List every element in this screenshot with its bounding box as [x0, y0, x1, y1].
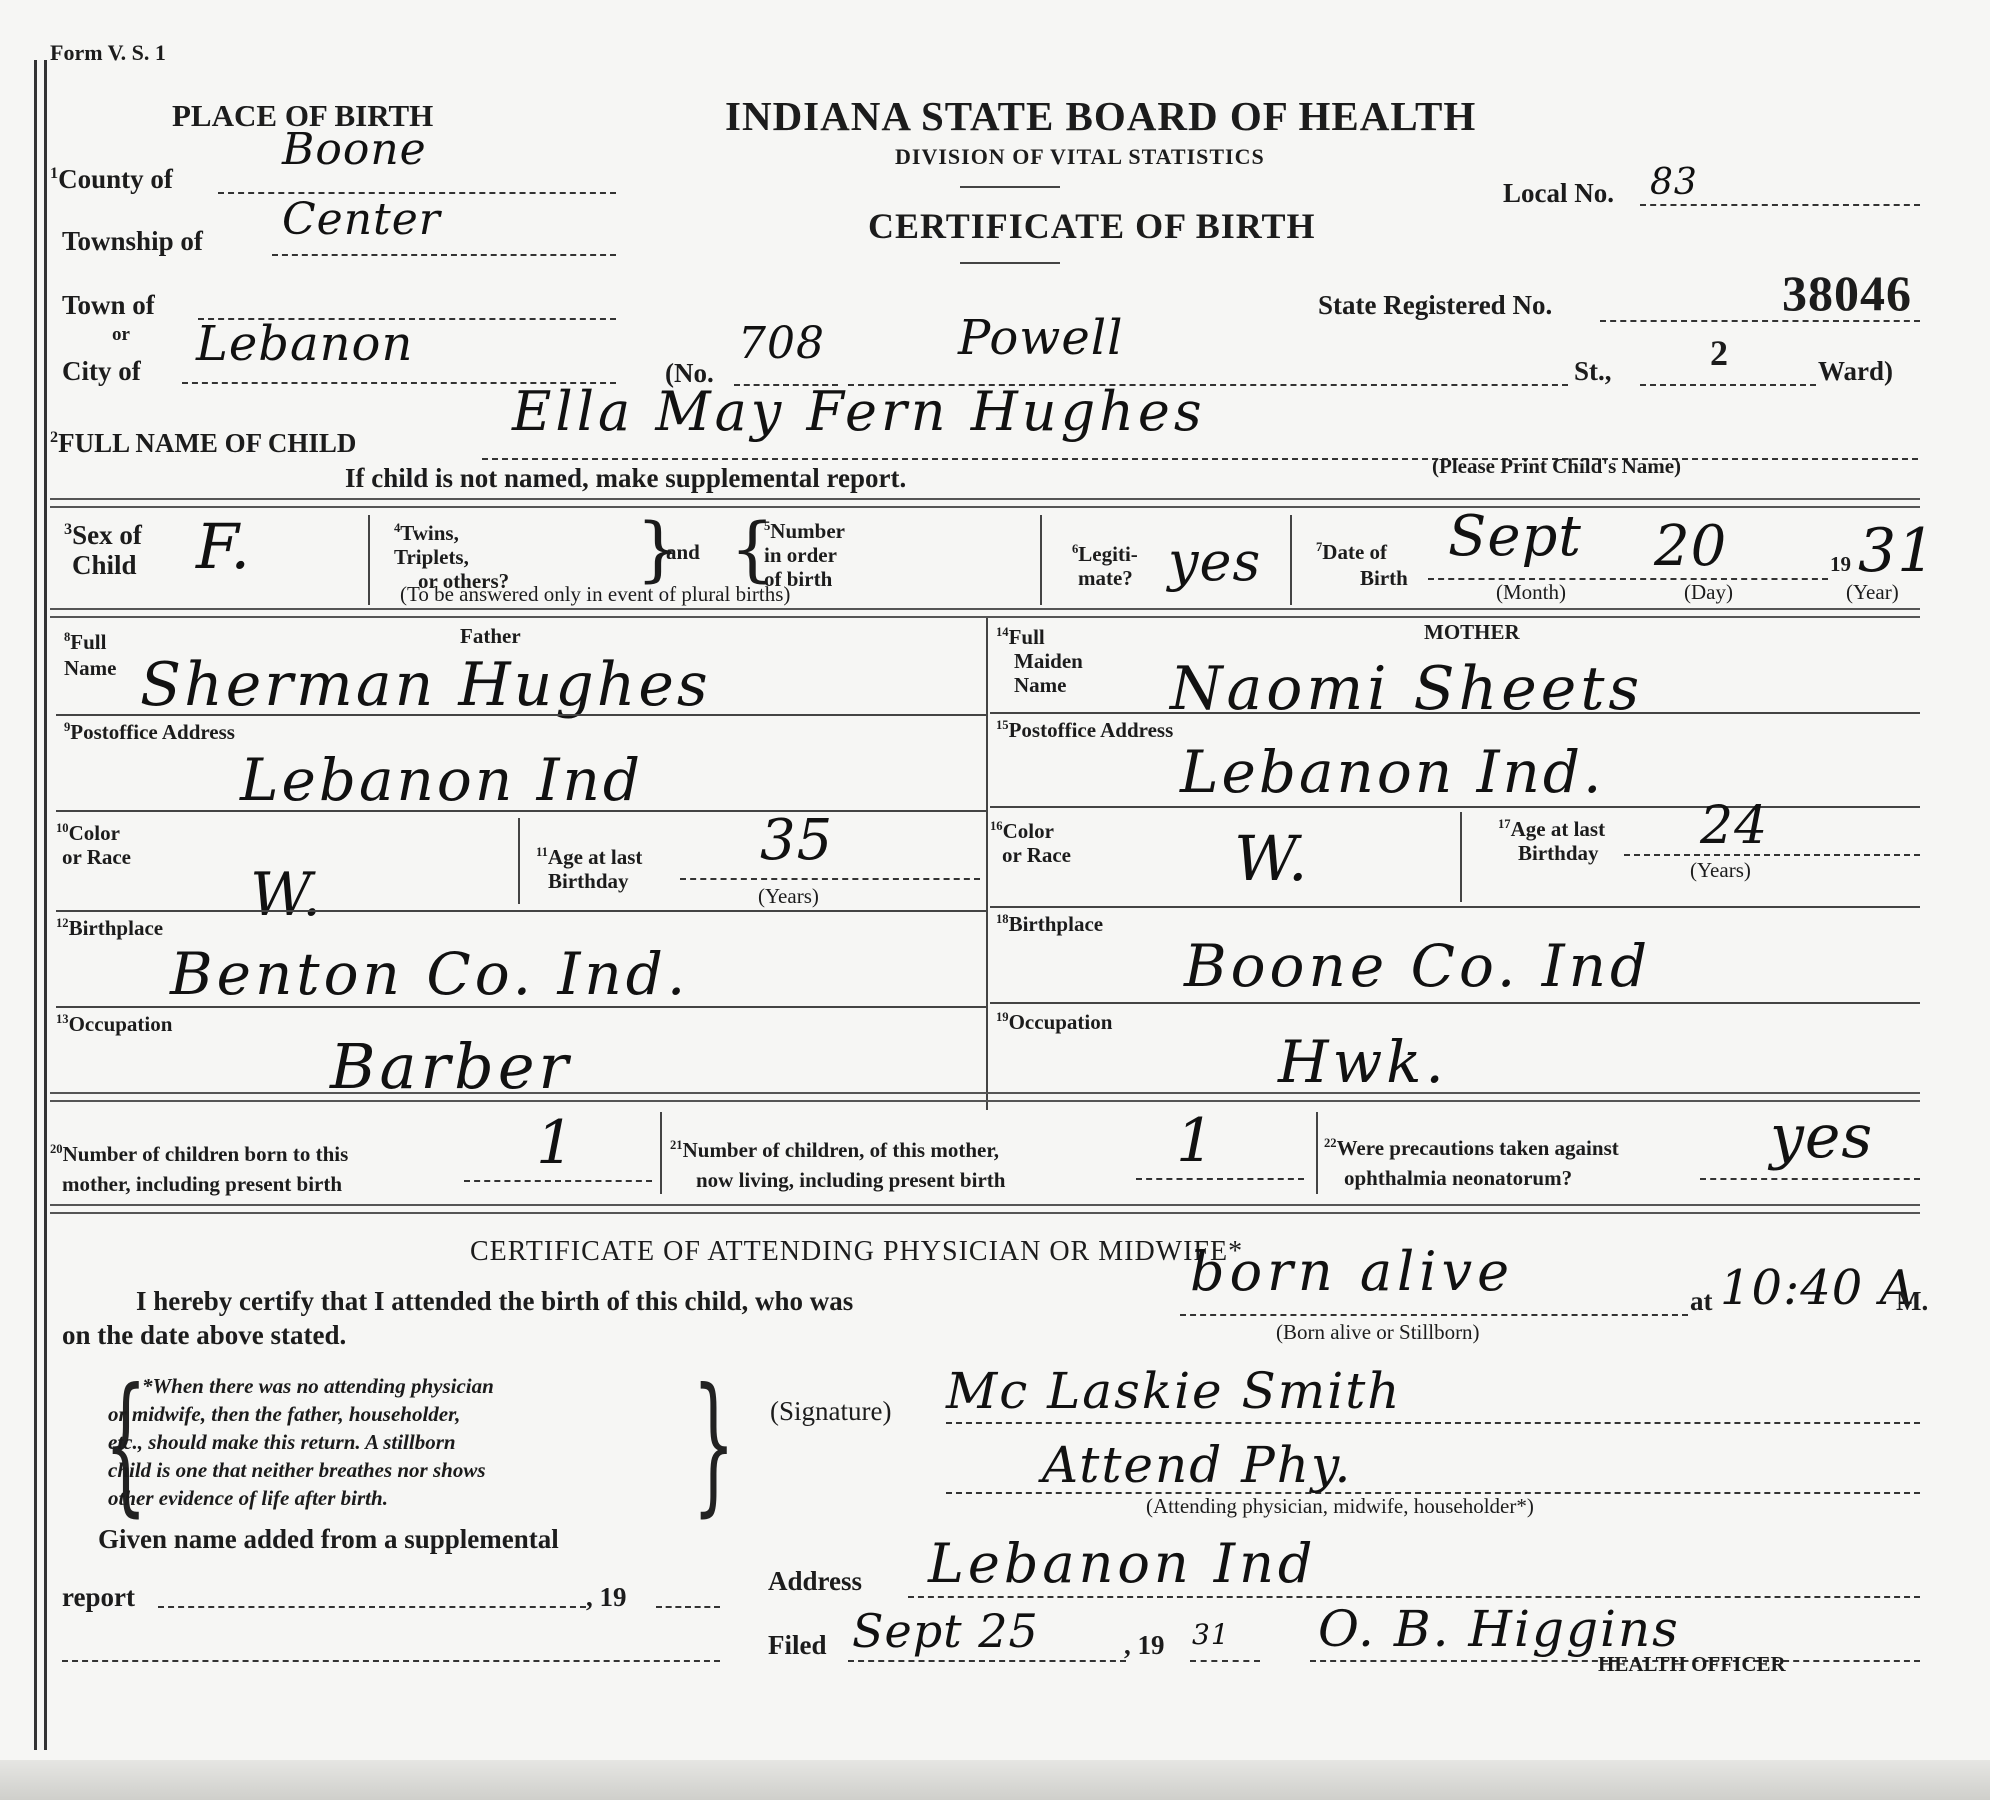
margin-rule-inner	[44, 60, 47, 1750]
supplemental-report-label: report	[62, 1582, 135, 1613]
years-caption: (Years)	[1690, 858, 1751, 883]
father-age-field[interactable]: 35	[680, 868, 980, 880]
health-officer-label: HEALTH OFFICER	[1598, 1652, 1786, 1677]
plural-note: (To be answered only in event of plural …	[400, 582, 790, 607]
township-value: Center	[282, 194, 441, 245]
state-registered-value: 38046	[1782, 264, 1912, 322]
supplemental-year-prefix: , 19	[586, 1582, 627, 1613]
item-number: 2	[50, 428, 58, 446]
city-value: Lebanon	[196, 316, 413, 372]
row-line	[56, 910, 986, 912]
row-line	[990, 712, 1920, 714]
ward-field[interactable]: 2	[1640, 346, 1816, 386]
father-name-value[interactable]: Sherman Hughes	[140, 650, 711, 720]
mother-birthplace-label: 18Birthplace	[996, 912, 1103, 937]
children-born-field[interactable]: 1	[464, 1170, 652, 1182]
physician-title-value: Attend Phy.	[1042, 1436, 1352, 1494]
m-label: M.	[1896, 1286, 1928, 1317]
dob-day: 20	[1654, 514, 1727, 579]
street-suffix: St.,	[1574, 356, 1612, 387]
row-line	[56, 714, 986, 716]
father-race-label: 10Color or Race	[56, 816, 131, 869]
child-name-label: FULL NAME OF CHILD	[58, 428, 356, 458]
township-field[interactable]: Center	[272, 216, 616, 256]
column-divider	[1316, 1112, 1318, 1194]
stillborn-note: *When there was no attending physician o…	[108, 1372, 688, 1512]
father-occupation-label: 13Occupation	[56, 1012, 172, 1037]
signature-value: Mc Laskie Smith	[946, 1362, 1402, 1420]
father-age-value: 35	[760, 808, 833, 873]
mother-age-value: 24	[1700, 796, 1768, 856]
print-note: (Please Print Child's Name)	[1432, 454, 1681, 479]
divider	[960, 262, 1060, 264]
or-label: or	[112, 324, 130, 346]
ward-label: Ward)	[1818, 356, 1893, 387]
division-title: DIVISION OF VITAL STATISTICS	[895, 144, 1265, 170]
column-divider	[368, 515, 370, 605]
dob-month: Sept	[1448, 504, 1582, 569]
health-officer-value: O. B. Higgins	[1318, 1600, 1680, 1658]
signature-field[interactable]: Mc Laskie Smith	[946, 1408, 1920, 1424]
column-divider	[518, 818, 520, 904]
dob-year-prefix: 19	[1830, 552, 1851, 577]
filed-year-prefix: , 19	[1124, 1630, 1165, 1661]
section-divider	[50, 608, 1920, 618]
paper-edge	[0, 1760, 1990, 1800]
mother-race-label: 16Color or Race	[990, 814, 1071, 867]
mother-name-label: 14Full Maiden Name	[996, 620, 1083, 697]
children-living-value: 1	[1176, 1106, 1215, 1176]
state-registered-label: State Registered No.	[1318, 290, 1552, 321]
township-label: Township of	[62, 226, 203, 257]
father-race-value[interactable]: W.	[250, 860, 322, 930]
date-text: on the date above stated.	[62, 1320, 346, 1351]
mother-heading: MOTHER	[1424, 620, 1520, 645]
local-no-field[interactable]: 83	[1640, 168, 1920, 206]
item-number: 1	[50, 164, 58, 182]
sex-value[interactable]: F.	[196, 510, 251, 583]
local-no-value: 83	[1650, 162, 1698, 203]
town-label: Town of	[62, 290, 155, 321]
father-heading: Father	[460, 624, 521, 649]
physician-title-field[interactable]: Attend Phy.	[946, 1478, 1920, 1494]
supplemental-year-field[interactable]	[656, 1596, 720, 1608]
year-caption: (Year)	[1846, 580, 1899, 605]
street-value: Powell	[958, 310, 1123, 366]
filed-date-field[interactable]: Sept 25	[848, 1646, 1126, 1662]
ward-value: 2	[1710, 332, 1728, 374]
form-number: Form V. S. 1	[50, 40, 166, 66]
father-name-label: 8Full Name	[64, 624, 116, 681]
margin-rule-outer	[34, 60, 37, 1750]
city-label: City of	[62, 356, 141, 387]
local-no-label: Local No.	[1503, 178, 1614, 209]
supplemental-extra-field[interactable]	[62, 1650, 720, 1662]
section-divider	[50, 1204, 1920, 1214]
street-no-value: 708	[738, 318, 825, 369]
birth-status-caption: (Born alive or Stillborn)	[1276, 1320, 1480, 1345]
row-line	[990, 1002, 1920, 1004]
children-born-label: 20Number of children born to this mother…	[50, 1134, 348, 1199]
section-divider	[50, 498, 1920, 508]
father-address-value[interactable]: Lebanon Ind	[240, 746, 643, 814]
physician-address-value: Lebanon Ind	[928, 1532, 1317, 1595]
divider	[960, 186, 1060, 188]
child-name-value: Ella May Fern Hughes	[512, 380, 1206, 443]
mother-birthplace-value[interactable]: Boone Co. Ind	[1184, 932, 1651, 1000]
physician-address-field[interactable]: Lebanon Ind	[908, 1582, 1920, 1598]
city-field[interactable]: Lebanon	[182, 344, 616, 384]
agency-title: INDIANA STATE BOARD OF HEALTH	[725, 92, 1476, 140]
father-age-label: 11Age at last Birthday	[536, 840, 642, 893]
signature-label: (Signature)	[770, 1396, 891, 1427]
dob-field[interactable]: Sept 20	[1428, 552, 1828, 580]
row-line	[56, 810, 986, 812]
supplemental-date-field[interactable]	[158, 1596, 586, 1608]
birth-status-field[interactable]: born alive	[1180, 1284, 1688, 1316]
state-registered-field[interactable]: 38046	[1600, 276, 1920, 322]
mother-age-field[interactable]: 24	[1624, 844, 1920, 856]
and-label: and	[666, 540, 700, 565]
section-divider	[50, 1092, 1920, 1102]
row-line	[990, 806, 1920, 808]
children-living-label: 21Number of children, of this mother, no…	[670, 1130, 1005, 1195]
years-caption: (Years)	[758, 884, 819, 909]
document-title: CERTIFICATE OF BIRTH	[868, 205, 1316, 247]
filed-year-field[interactable]: 31	[1190, 1646, 1260, 1662]
legitimate-label: 6Legiti- mate?	[1072, 537, 1138, 590]
day-caption: (Day)	[1684, 580, 1733, 605]
mother-occupation-value[interactable]: Hwk.	[1278, 1028, 1448, 1096]
mother-race-value[interactable]: W.	[1234, 822, 1309, 895]
column-divider	[1040, 515, 1042, 605]
birth-time-value[interactable]: 10:40 A	[1720, 1260, 1915, 1316]
precautions-value: yes	[1770, 1102, 1873, 1172]
father-birthplace-value[interactable]: Benton Co. Ind.	[170, 940, 689, 1008]
father-birthplace-label: 12Birthplace	[56, 916, 163, 941]
parents-divider	[986, 618, 988, 1110]
child-name-field[interactable]: Ella May Fern Hughes	[482, 420, 1918, 460]
precautions-label: 22Were precautions taken against ophthal…	[1324, 1128, 1619, 1193]
dob-year[interactable]: 31	[1858, 516, 1936, 586]
dob-label: 7Date of Birth	[1316, 534, 1408, 591]
month-caption: (Month)	[1496, 580, 1566, 605]
column-divider	[1460, 812, 1462, 902]
certify-text: I hereby certify that I attended the bir…	[136, 1286, 853, 1317]
item-number: 3	[64, 520, 72, 538]
birth-status-value: born alive	[1190, 1240, 1514, 1303]
birth-order-label: 5Number in order of birth	[764, 514, 845, 591]
row-line	[56, 1006, 986, 1008]
row-line	[990, 906, 1920, 908]
mother-address-label: 15Postoffice Address	[996, 718, 1173, 743]
mother-age-label: 17Age at last Birthday	[1498, 812, 1605, 865]
at-label: at	[1690, 1286, 1713, 1317]
column-divider	[1290, 515, 1292, 605]
note-right-brace: }	[692, 1364, 735, 1524]
role-caption: (Attending physician, midwife, household…	[1146, 1494, 1534, 1519]
county-field[interactable]: Boone	[218, 154, 616, 194]
county-value: Boone	[282, 124, 427, 175]
mother-occupation-label: 19Occupation	[996, 1010, 1112, 1035]
mother-address-value[interactable]: Lebanon Ind.	[1180, 738, 1604, 806]
sex-label: 3Sex of Child	[64, 514, 142, 580]
physician-heading: CERTIFICATE OF ATTENDING PHYSICIAN OR MI…	[470, 1236, 1243, 1268]
filed-year-value: 31	[1192, 1618, 1230, 1651]
children-living-field[interactable]: 1	[1136, 1168, 1304, 1180]
town-field[interactable]	[198, 280, 616, 320]
filed-date-value: Sept 25	[852, 1604, 1039, 1658]
unnamed-note: If child is not named, make supplemental…	[345, 463, 906, 494]
column-divider	[660, 1112, 662, 1194]
supplemental-label: Given name added from a supplemental	[98, 1524, 559, 1555]
filed-label: Filed	[768, 1630, 827, 1661]
legitimate-value[interactable]: yes	[1168, 530, 1261, 593]
county-label: County of	[58, 164, 173, 194]
father-address-label: 9Postoffice Address	[64, 720, 235, 745]
precautions-field[interactable]: yes	[1700, 1168, 1920, 1180]
children-born-value: 1	[536, 1108, 575, 1178]
physician-address-label: Address	[768, 1566, 862, 1597]
